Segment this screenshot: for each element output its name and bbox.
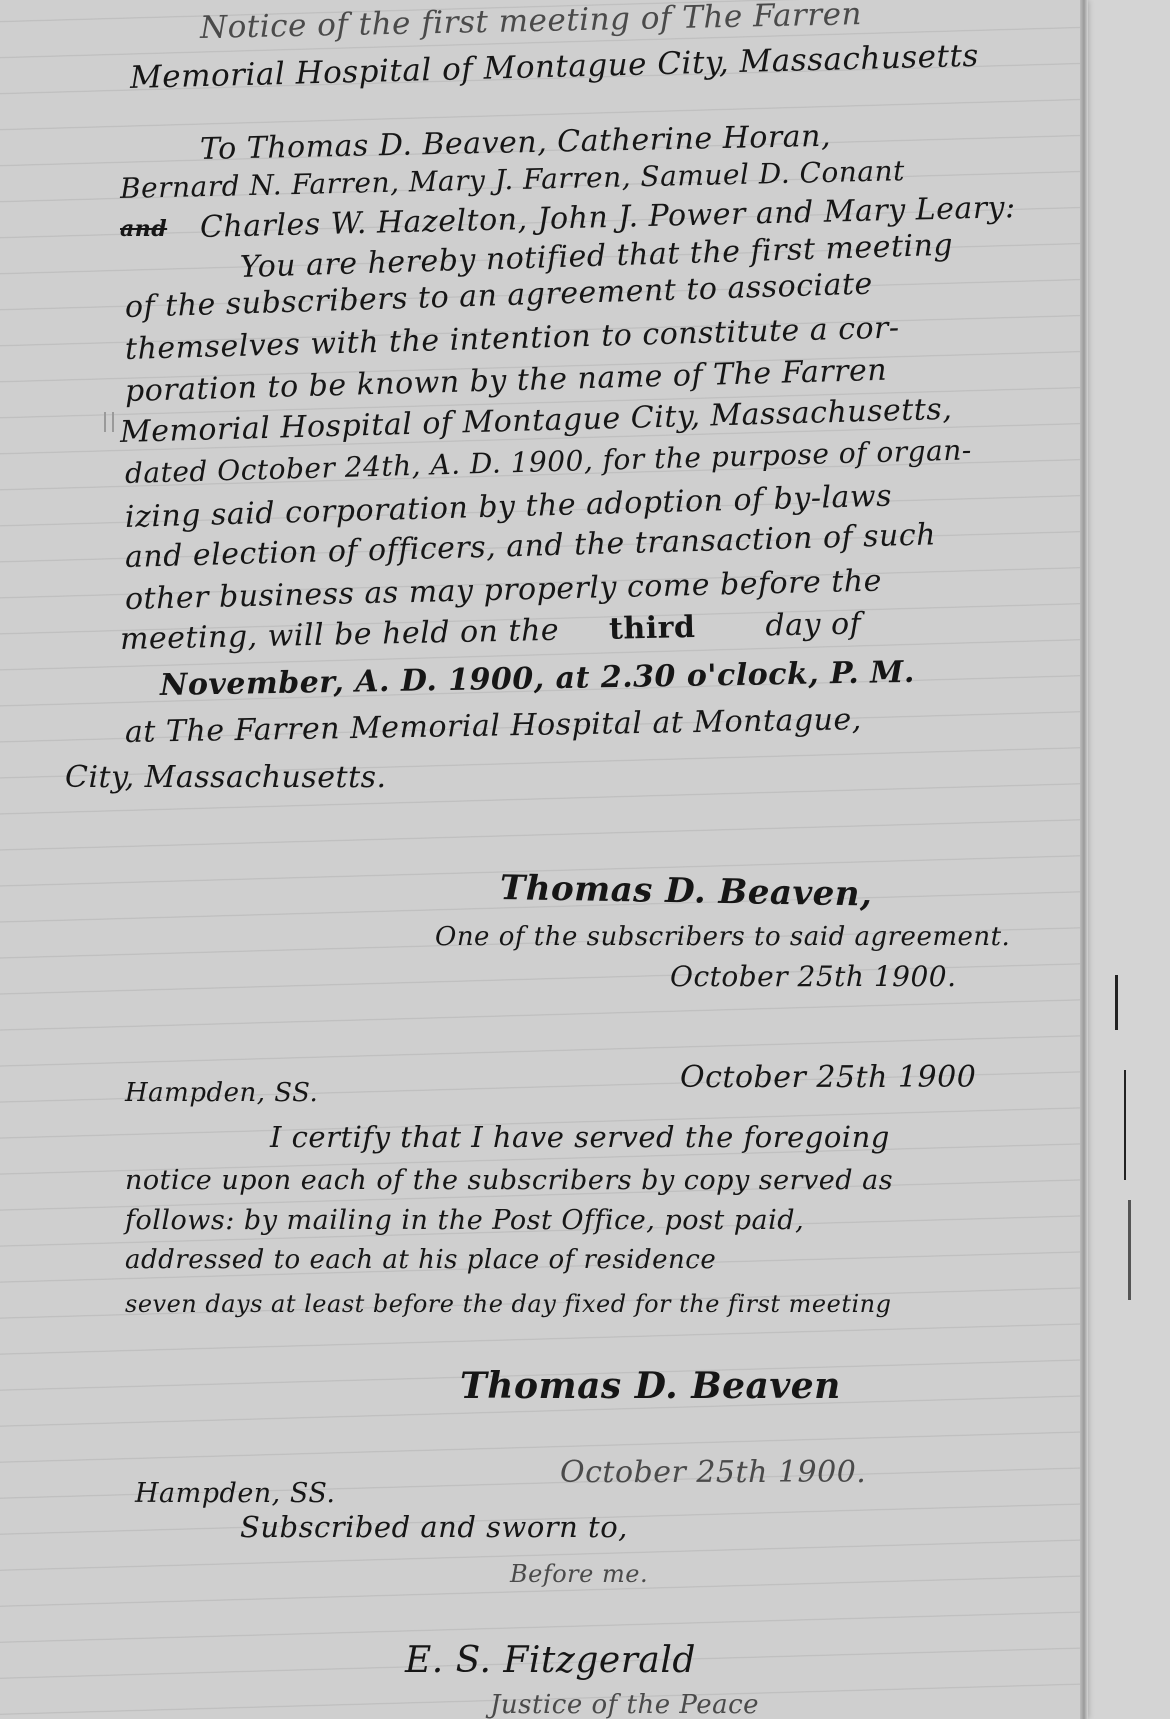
body-line-13: City, Massachusetts. [65,760,387,795]
cert-signature: Thomas D. Beaven [460,1365,841,1407]
cert-line-2: notice upon each of the subscribers by c… [125,1165,893,1196]
cert-line-5: seven days at least before the day fixed… [125,1290,891,1318]
signature-1-name: Thomas D. Beaven, [500,868,873,914]
jurat-signature: E. S. Fitzgerald [405,1640,696,1681]
cert-line-3: follows: by mailing in the Post Office, … [125,1205,804,1236]
meeting-day-suffix: day of [765,606,861,643]
jurat-before: Before me. [510,1560,648,1588]
title-line-2: Memorial Hospital of Montague City, Mass… [130,38,980,96]
edge-mark-1 [1115,975,1118,1030]
margin-mark [104,412,114,432]
page-edge [1080,0,1088,1719]
jurat-text: Subscribed and sworn to, [240,1510,628,1544]
cert-line-4: addressed to each at his place of reside… [125,1245,716,1275]
signature-1-date: October 25th 1900. [670,960,957,993]
meeting-day: third [609,610,696,647]
edge-mark-2 [1124,1070,1126,1180]
body-line-11: November, A. D. 1900, at 2.30 o'clock, P… [160,655,915,703]
cert-venue: Hampden, SS. [125,1078,318,1108]
meeting-held-text: meeting, will be held on the [120,613,560,657]
jurat-date: October 25th 1900. [560,1455,866,1490]
title-line-1: Notice of the first meeting of The Farre… [200,0,863,46]
jurat-venue: Hampden, SS. [135,1478,335,1509]
edge-mark-3 [1128,1200,1131,1300]
struck-and: and [120,216,167,242]
struck-word: and [120,216,167,242]
signature-1-role: One of the subscribers to said agreement… [435,922,1010,952]
body-line-12: at The Farren Memorial Hospital at Monta… [125,702,862,750]
handwritten-page: Notice of the first meeting of The Farre… [0,0,1085,1719]
cert-line-1: I certify that I have served the foregoi… [270,1120,890,1154]
cert-date: October 25th 1900 [680,1060,976,1095]
jurat-title: Justice of the Peace [490,1690,759,1719]
